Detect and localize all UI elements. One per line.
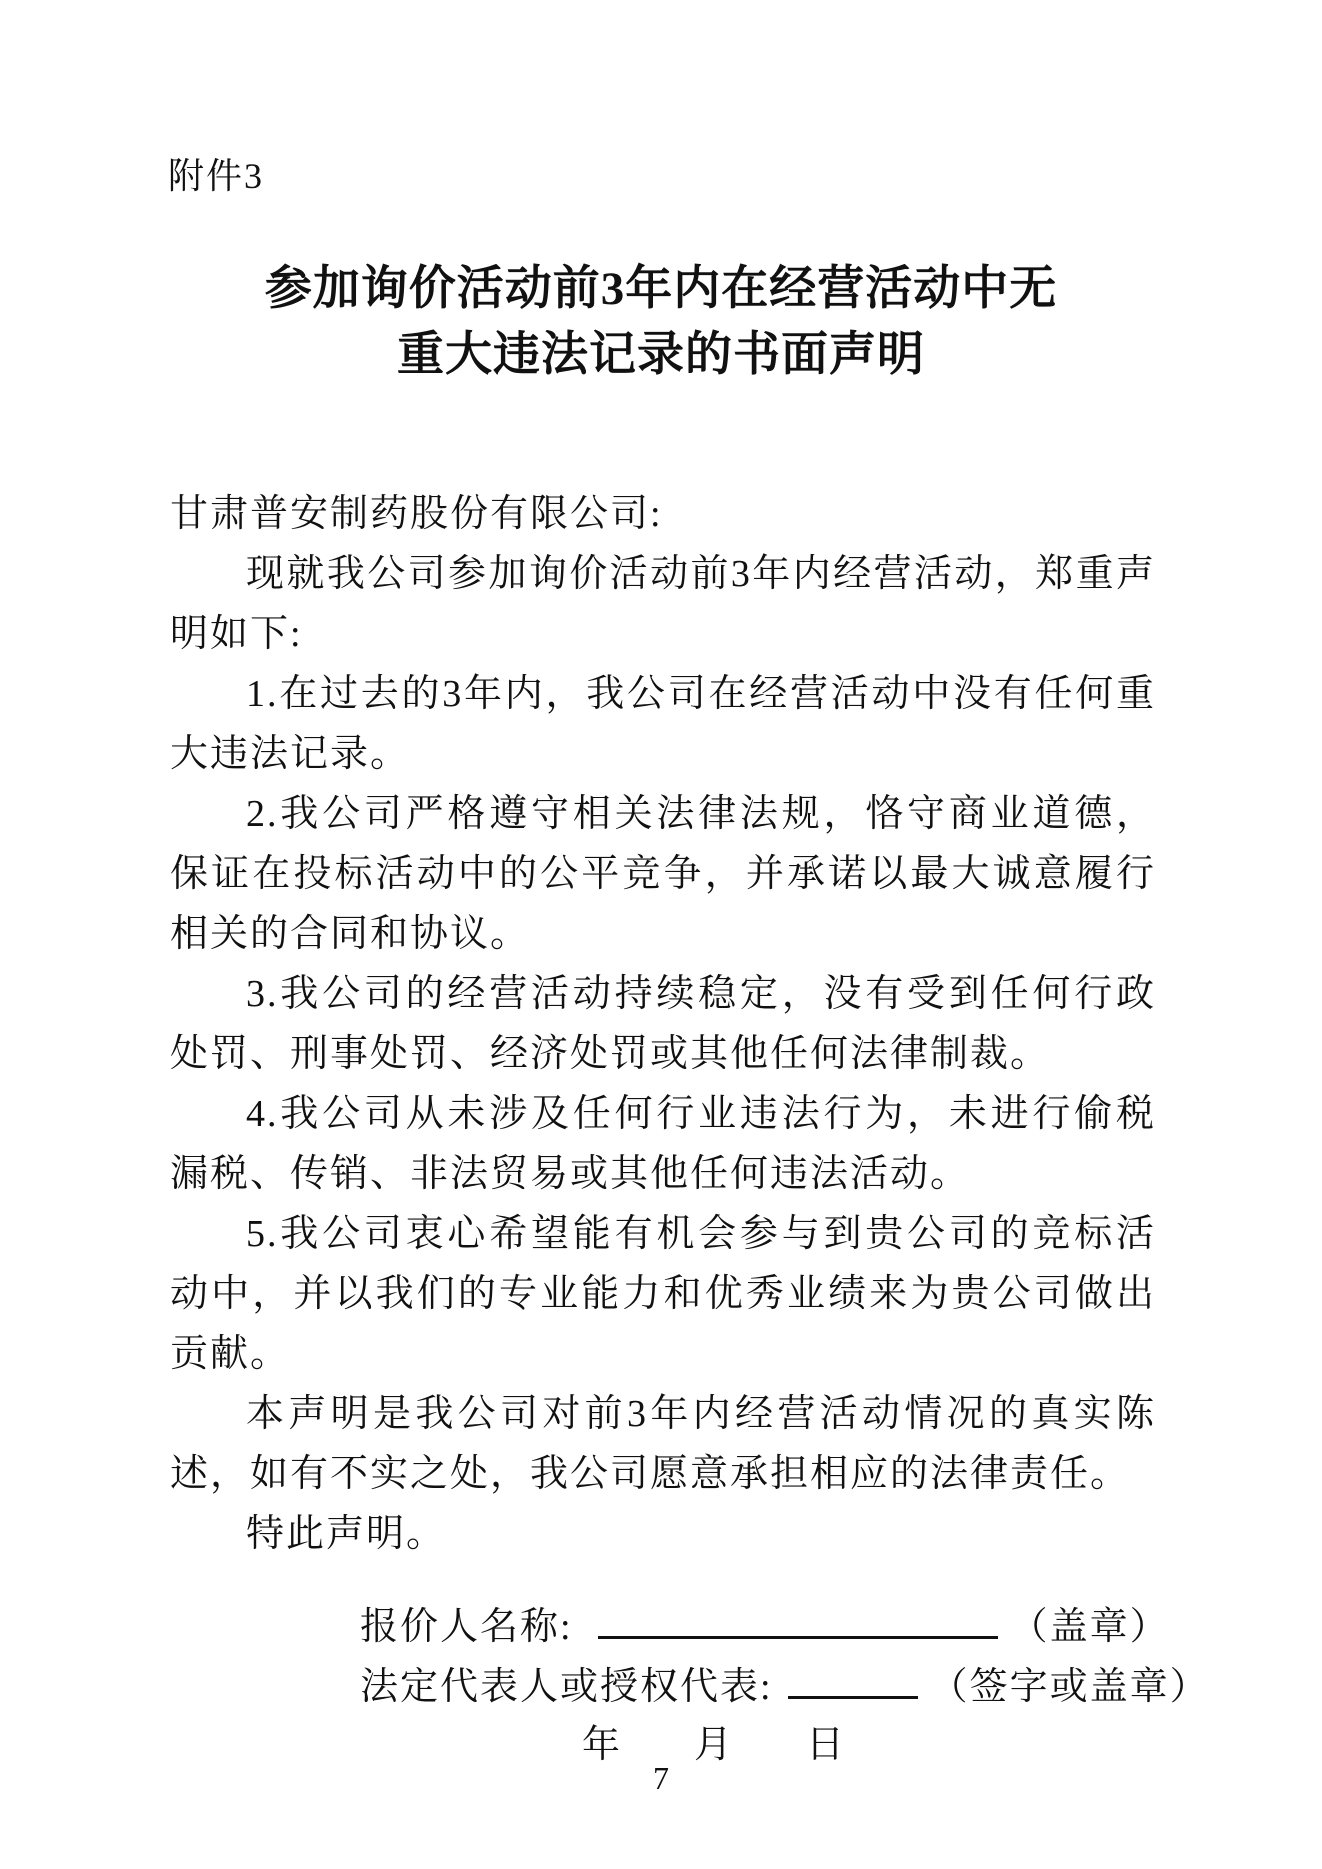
- document-page: 附件3 参加询价活动前3年内在经营活动中无 重大违法记录的书面声明 甘肃普安制药…: [0, 0, 1322, 1869]
- document-body: 甘肃普安制药股份有限公司: 现就我公司参加询价活动前3年内经营活动，郑重声明如下…: [170, 484, 1156, 1564]
- paragraph-closing: 特此声明。: [170, 1504, 1156, 1564]
- paragraph-item-1: 1.在过去的3年内，我公司在经营活动中没有任何重大违法记录。: [170, 664, 1156, 784]
- bidder-name-blank-line: [598, 1596, 998, 1639]
- representative-blank-line: [788, 1656, 918, 1699]
- document-title-line2: 重大违法记录的书面声明: [140, 322, 1182, 388]
- paragraph-statement: 本声明是我公司对前3年内经营活动情况的真实陈述，如有不实之处，我公司愿意承担相应…: [170, 1384, 1156, 1504]
- paragraph-item-4: 4.我公司从未涉及任何行业违法行为，未进行偷税漏税、传销、非法贸易或其他任何违法…: [170, 1084, 1156, 1204]
- attachment-label: 附件3: [168, 152, 1322, 200]
- signature-block: 报价人名称: （盖章） 法定代表人或授权代表: （签字或盖章） 年月日: [360, 1596, 1322, 1774]
- salutation: 甘肃普安制药股份有限公司:: [170, 484, 1156, 544]
- document-title-line1: 参加询价活动前3年内在经营活动中无: [140, 256, 1182, 322]
- paragraph-item-5: 5.我公司衷心希望能有机会参与到贵公司的竞标活动中，并以我们的专业能力和优秀业绩…: [170, 1204, 1156, 1384]
- paragraph-item-2: 2.我公司严格遵守相关法律法规，恪守商业道德，保证在投标活动中的公平竞争，并承诺…: [170, 784, 1156, 964]
- bidder-seal-note: （盖章）: [1010, 1606, 1170, 1648]
- bidder-name-label: 报价人名称:: [360, 1606, 573, 1648]
- paragraph-item-3: 3.我公司的经营活动持续稳定，没有受到任何行政处罚、刑事处罚、经济处罚或其他任何…: [170, 964, 1156, 1084]
- page-number: 7: [0, 1760, 1322, 1797]
- paragraph-intro: 现就我公司参加询价活动前3年内经营活动，郑重声明如下:: [170, 544, 1156, 664]
- document-title: 参加询价活动前3年内在经营活动中无 重大违法记录的书面声明: [140, 256, 1182, 388]
- bidder-name-row: 报价人名称: （盖章）: [360, 1596, 1322, 1656]
- representative-label: 法定代表人或授权代表:: [360, 1666, 773, 1708]
- representative-seal-note: （签字或盖章）: [930, 1666, 1210, 1708]
- representative-row: 法定代表人或授权代表: （签字或盖章）: [360, 1656, 1322, 1716]
